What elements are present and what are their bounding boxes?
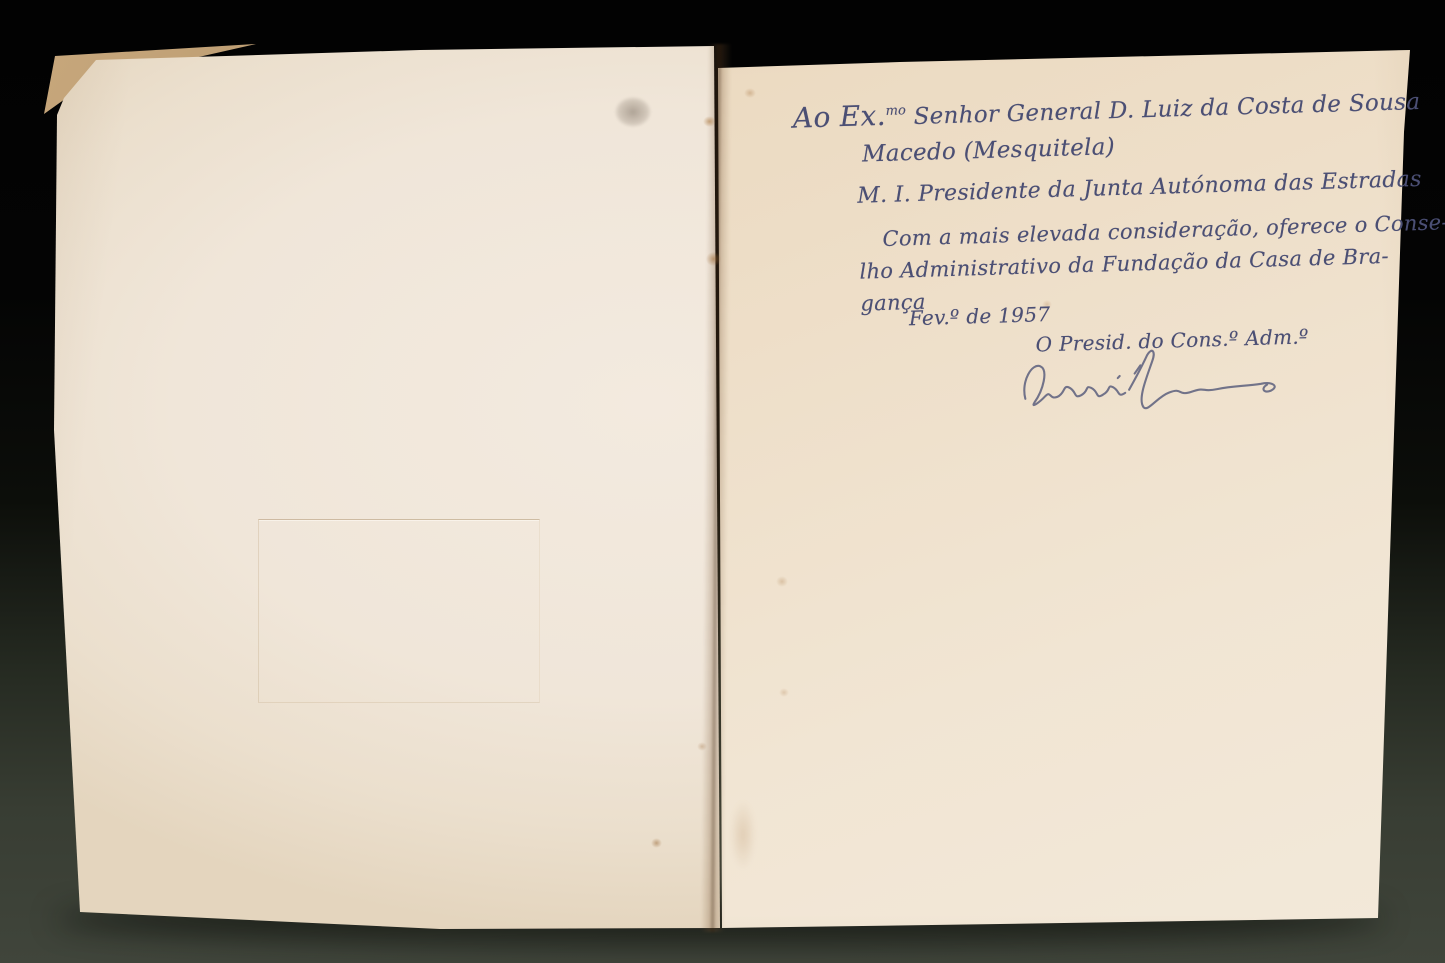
dedication-recipient-title-line: M. I. Presidente da Junta Autónoma das E… bbox=[857, 167, 1422, 209]
stain bbox=[651, 838, 662, 848]
dedication-salutation: Ao Ex.mo Senhor General D. Luiz da Costa… bbox=[792, 83, 1420, 135]
dedication-salutation-superscript: mo bbox=[885, 103, 906, 119]
signature bbox=[1016, 345, 1298, 423]
stain bbox=[776, 576, 788, 587]
stain bbox=[706, 252, 721, 266]
stain bbox=[744, 88, 756, 98]
dedication-recipient-line: Macedo (Mesquitela) bbox=[862, 134, 1116, 167]
dedication-date: Fev.º de 1957 bbox=[909, 302, 1051, 330]
stain bbox=[779, 688, 789, 697]
dedication-salutation-prefix: Ao Ex. bbox=[792, 99, 886, 135]
dedication-body-line-2: lho Administrativo da Fundação da Casa d… bbox=[859, 244, 1389, 284]
stain bbox=[703, 116, 716, 127]
handwritten-dedication: Ao Ex.mo Senhor General D. Luiz da Costa… bbox=[778, 70, 1408, 448]
embossed-stamp bbox=[258, 519, 540, 703]
photo-of-open-book: Ao Ex.mo Senhor General D. Luiz da Costa… bbox=[0, 0, 1445, 963]
stain bbox=[730, 800, 756, 870]
dedication-salutation-rest: Senhor General D. Luiz da Costa de Sousa bbox=[906, 89, 1421, 130]
stain bbox=[697, 742, 707, 751]
stain bbox=[615, 97, 651, 127]
